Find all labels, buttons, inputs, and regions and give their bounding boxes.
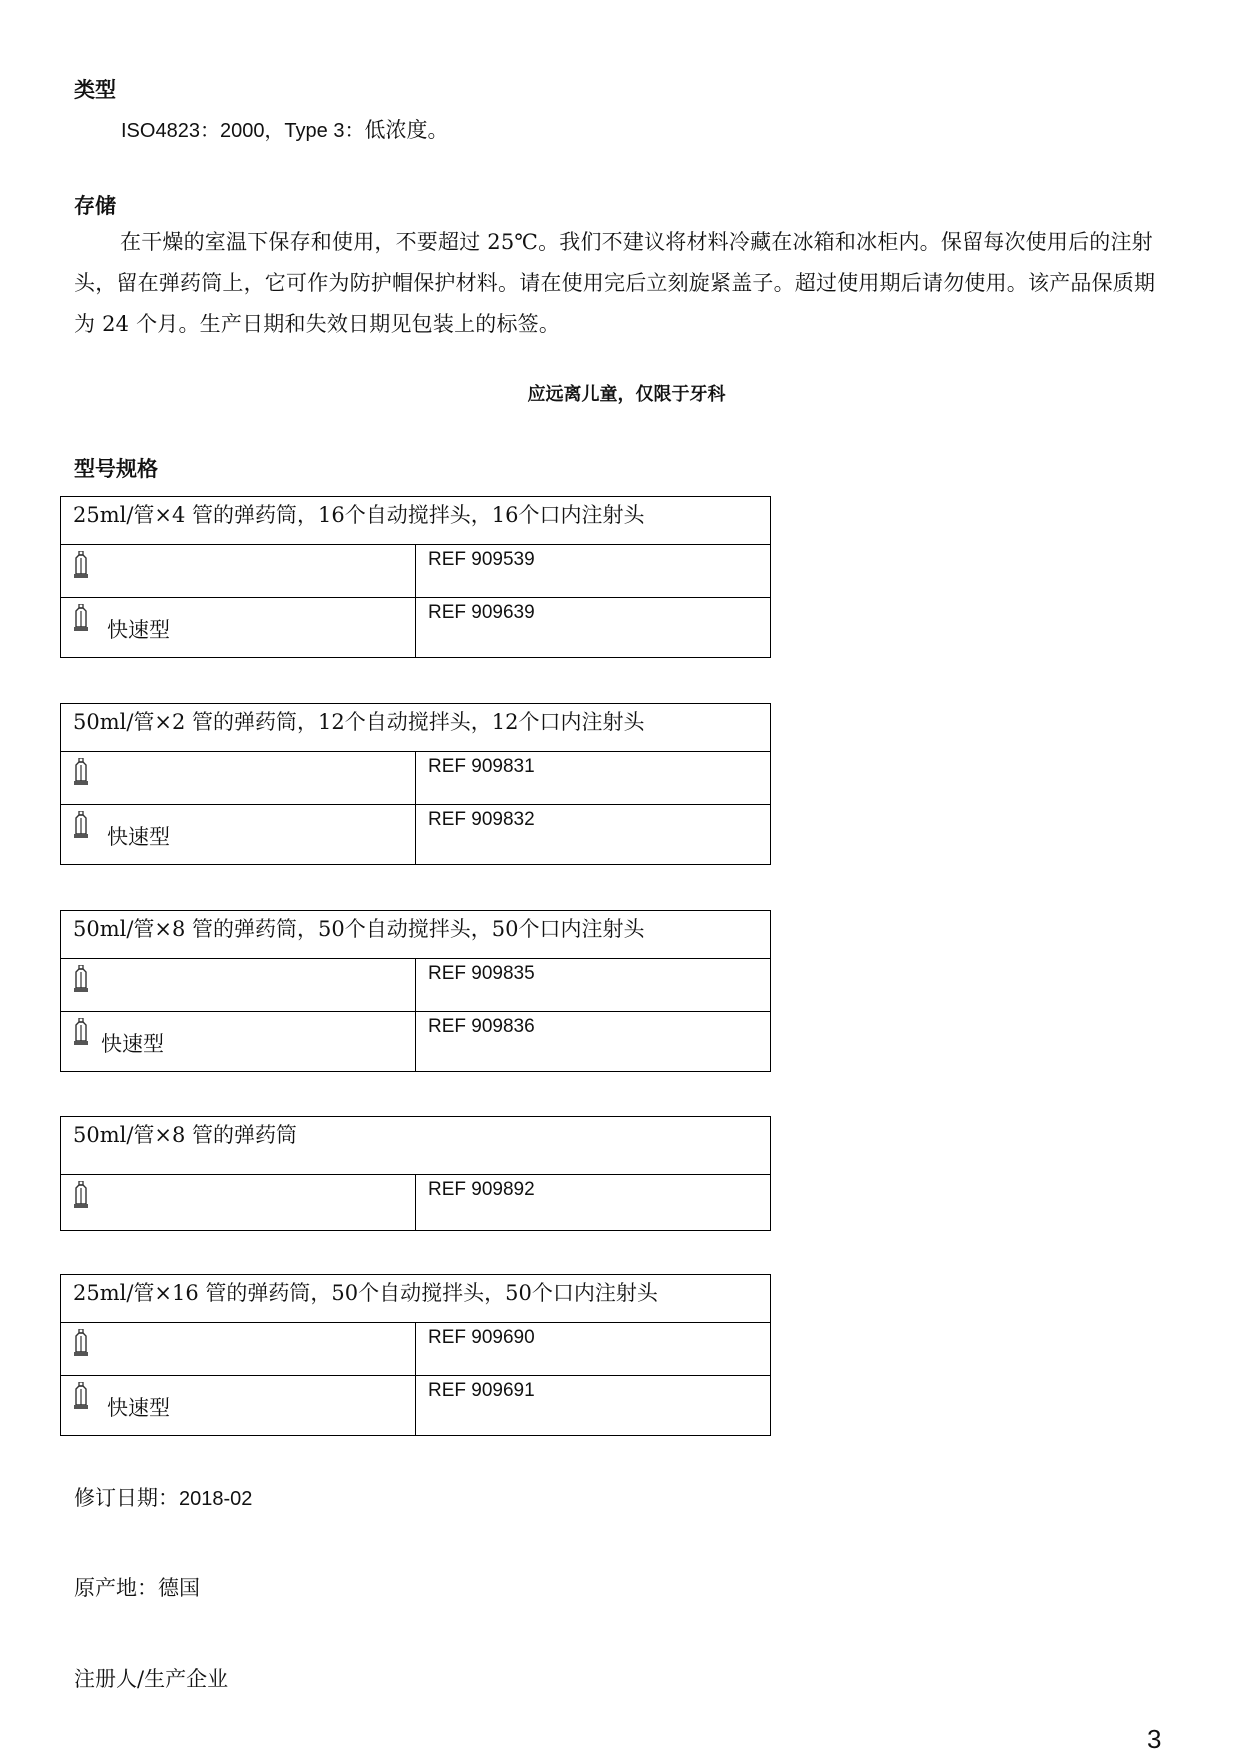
fast-type-label: 快速型 [107,1392,170,1422]
cartridge-icon [73,1018,89,1046]
table-row: 快速型 REF 909832 [61,805,771,865]
fast-type-label: 快速型 [101,1028,164,1058]
spec-table-header: 25ml/管×16 管的弹药筒，50个自动搅拌头，50个口内注射头 [61,1275,771,1323]
fast-type-label: 快速型 [107,614,170,644]
product-cell: 快速型 [61,598,416,658]
specs-heading: 型号规格 [74,453,158,483]
product-cell [61,959,416,1012]
spec-table-5: 25ml/管×16 管的弹药筒，50个自动搅拌头，50个口内注射头 REF 90… [60,1274,771,1436]
ref-cell: REF 909691 [416,1376,771,1436]
spec-header-text: 50ml/管×8 管的弹药筒 [73,1123,297,1147]
type-concentration: 低浓度。 [364,118,448,142]
ref-cell: REF 909690 [416,1323,771,1376]
warning-note: 应远离儿童，仅限于牙科 [0,380,1253,406]
ref-cell: REF 909835 [416,959,771,1012]
product-cell: 快速型 [61,1376,416,1436]
product-cell [61,1323,416,1376]
ref-cell: REF 909831 [416,752,771,805]
type-description: ISO4823：2000，Type 3：低浓度。 [121,114,448,144]
type-heading: 类型 [74,74,116,104]
table-row: 快速型 REF 909836 [61,1012,771,1072]
revision-value: 2018-02 [179,1488,252,1510]
spec-table-header: 50ml/管×8 管的弹药筒，50个自动搅拌头，50个口内注射头 [61,911,771,959]
spec-header-text: 50ml/管×2 管的弹药筒，12个自动搅拌头，12个口内注射头 [73,710,645,734]
revision-date: 修订日期：2018-02 [74,1482,252,1512]
origin-country: 原产地：德国 [74,1572,200,1602]
fast-type-label: 快速型 [107,821,170,851]
table-row: 快速型 REF 909639 [61,598,771,658]
cartridge-icon [73,965,89,993]
spec-header-text: 50ml/管×8 管的弹药筒，50个自动搅拌头，50个口内注射头 [73,917,645,941]
product-cell [61,1175,416,1231]
cartridge-icon [73,1382,89,1410]
spec-table-3: 50ml/管×8 管的弹药筒，50个自动搅拌头，50个口内注射头 REF 909… [60,910,771,1072]
table-row: REF 909539 [61,545,771,598]
spec-table-header: 50ml/管×8 管的弹药筒 [61,1117,771,1175]
cartridge-icon [73,811,89,839]
ref-cell: REF 909539 [416,545,771,598]
cartridge-icon [73,1329,89,1357]
product-cell [61,545,416,598]
cartridge-icon [73,1181,89,1209]
product-cell: 快速型 [61,805,416,865]
spec-header-text: 25ml/管×4 管的弹药筒，16个自动搅拌头，16个口内注射头 [73,503,645,527]
ref-cell: REF 909892 [416,1175,771,1231]
spec-table-header: 50ml/管×2 管的弹药筒，12个自动搅拌头，12个口内注射头 [61,704,771,752]
spec-table-4: 50ml/管×8 管的弹药筒 REF 909892 [60,1116,771,1231]
table-row: REF 909835 [61,959,771,1012]
type-standard: ISO4823：2000，Type 3： [121,120,364,142]
cartridge-icon [73,758,89,786]
table-row: REF 909690 [61,1323,771,1376]
cartridge-icon [73,604,89,632]
spec-table-header: 25ml/管×4 管的弹药筒，16个自动搅拌头，16个口内注射头 [61,497,771,545]
page-number: 3 [1147,1724,1161,1754]
cartridge-icon [73,551,89,579]
product-cell: 快速型 [61,1012,416,1072]
ref-cell: REF 909836 [416,1012,771,1072]
registrant-label: 注册人/生产企业 [74,1663,228,1693]
spec-table-2: 50ml/管×2 管的弹药筒，12个自动搅拌头，12个口内注射头 REF 909… [60,703,771,865]
revision-label: 修订日期： [74,1486,179,1510]
product-cell [61,752,416,805]
spec-table-1: 25ml/管×4 管的弹药筒，16个自动搅拌头，16个口内注射头 REF 909… [60,496,771,658]
spec-header-text: 25ml/管×16 管的弹药筒，50个自动搅拌头，50个口内注射头 [73,1281,658,1305]
storage-paragraph: 在干燥的室温下保存和使用，不要超过 25℃。我们不建议将材料冷藏在冰箱和冰柜内。… [74,222,1174,345]
table-row: 快速型 REF 909691 [61,1376,771,1436]
ref-cell: REF 909832 [416,805,771,865]
table-row: REF 909892 [61,1175,771,1231]
ref-cell: REF 909639 [416,598,771,658]
table-row: REF 909831 [61,752,771,805]
storage-heading: 存储 [74,190,116,220]
